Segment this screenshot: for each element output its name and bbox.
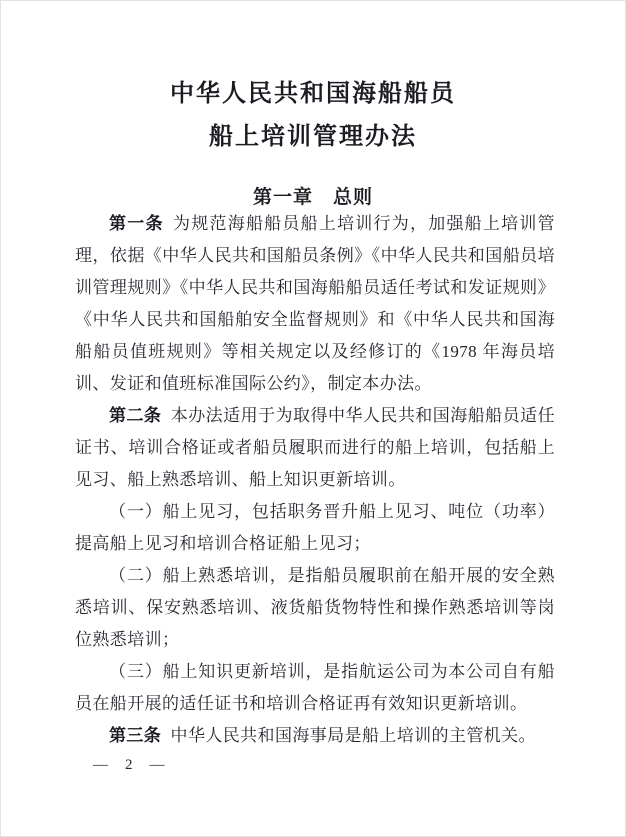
document-title-line-1: 中华人民共和国海船船员: [1, 73, 625, 116]
article-number: 第一条: [109, 214, 164, 233]
paragraph: 第二条本办法适用于为取得中华人民共和国海船船员适任证书、培训合格证或者船员履职而…: [75, 400, 555, 496]
article-number: 第二条: [109, 406, 161, 425]
chapter-heading: 第一章 总则: [1, 182, 625, 209]
paragraph: （一）船上见习，包括职务晋升船上见习、吨位（功率）提高船上见习和培训合格证船上见…: [75, 496, 555, 560]
document-title-line-2: 船上培训管理办法: [1, 116, 625, 159]
page-footer: — 2 —: [93, 757, 165, 774]
paragraph: 第三条中华人民共和国海事局是船上培训的主管机关。: [75, 720, 555, 752]
paragraph: 第一条为规范海船船员船上培训行为，加强船上培训管理，依据《中华人民共和国船员条例…: [75, 208, 555, 400]
page-number: 2: [125, 757, 133, 774]
document-body: 第一条为规范海船船员船上培训行为，加强船上培训管理，依据《中华人民共和国船员条例…: [75, 208, 555, 752]
footer-left-dash: —: [93, 757, 108, 774]
document-title: 中华人民共和国海船船员 船上培训管理办法: [1, 73, 625, 159]
paragraph: （二）船上熟悉培训，是指船员履职前在船开展的安全熟悉培训、保安熟悉培训、液货船货…: [75, 560, 555, 656]
footer-right-dash: —: [150, 757, 165, 774]
article-number: 第三条: [109, 726, 161, 745]
document-page: 中华人民共和国海船船员 船上培训管理办法 第一章 总则 第一条为规范海船船员船上…: [0, 0, 626, 837]
paragraph: （三）船上知识更新培训，是指航运公司为本公司自有船员在船开展的适任证书和培训合格…: [75, 656, 555, 720]
